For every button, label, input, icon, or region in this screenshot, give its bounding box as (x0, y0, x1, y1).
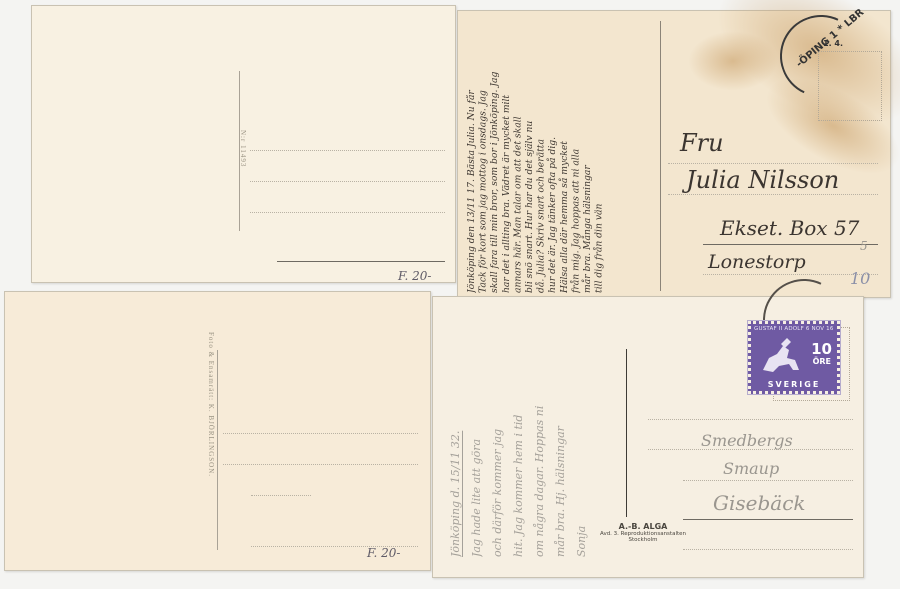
message-line: och därför kommer jag (487, 307, 508, 557)
message-line: Sonja (571, 307, 592, 557)
message-line: Tack för kort som jag mottog i onsdags. … (478, 15, 490, 293)
stamp-value: 10 (811, 340, 832, 358)
message-line: bli snö snart. Hur har du det själv nu (524, 15, 536, 293)
address-line (223, 464, 418, 465)
stamp-unit: ÖRE (813, 357, 831, 366)
recipient-line-2: Smaup (723, 459, 779, 478)
pencil-number: 5 (860, 239, 868, 253)
divider-line (626, 349, 627, 517)
handwritten-message: Jönköping den 13/11 17. Bästa Julia. Nu … (466, 15, 656, 293)
pencil-number: 10 (850, 269, 870, 288)
message-line: hur det är. Jag tänker ofta på dig. (547, 15, 559, 293)
address-line (683, 480, 853, 481)
message-line: om några dagar. Hoppas ni (529, 307, 550, 557)
water-stain (688, 31, 778, 91)
publisher-imprint: A.-B. ALGA Avd. 3. Reproduktionsanstalte… (578, 522, 708, 543)
publisher-city: Stockholm (578, 537, 708, 543)
message-line: mår bra. Hj. hälsningar (550, 307, 571, 557)
card-number: N:r 11493 (239, 130, 247, 167)
divider-line (217, 350, 218, 550)
address-line (703, 244, 878, 245)
stamp-inscription: GUSTAF II ADOLF 6 NOV 1632 (754, 326, 834, 332)
message-line: annars här. Man talar om att det skall (512, 15, 524, 293)
message-line: hit. Jag kommer hem i tid (508, 307, 529, 557)
address-line (648, 419, 853, 420)
message-line: från mig. Jag hoppas att ni alla (570, 15, 582, 293)
address-line (683, 519, 853, 520)
address-line (250, 212, 445, 213)
postcard-top-right: -ÖPING 1 * LBR 1. 4. Jönköping den 13/11… (457, 10, 891, 298)
recipient-address: Ekset. Box 57 (720, 216, 859, 240)
recipient-line-3: Gisebäck (713, 491, 806, 515)
address-line (250, 150, 445, 151)
photographer-credit: Foto & Ensamrätt: K. BJÖRLINGSON. (207, 332, 215, 477)
horse-riders-icon (759, 336, 809, 376)
message-line: till dig från din vän (594, 15, 606, 293)
postage-stamp: GUSTAF II ADOLF 6 NOV 1632 10 ÖRE SVERIG… (748, 321, 840, 394)
message-line: Jag hade lite att göra (466, 307, 487, 557)
recipient-line-1: Smedbergs (701, 431, 793, 450)
address-line (277, 261, 445, 262)
address-line (668, 194, 878, 195)
address-line (250, 181, 445, 182)
message-line: Jönköping den 13/11 17. Bästa Julia. Nu … (466, 15, 478, 293)
address-line (223, 433, 418, 434)
address-line (251, 495, 311, 496)
handwritten-message: Jönköping d. 15/11 32. Jag hade lite att… (445, 307, 615, 557)
recipient-name: Julia Nilsson (686, 166, 839, 194)
address-line (683, 549, 853, 550)
postmark-date: 1. 4. (823, 39, 843, 48)
price-note: F. 20- (398, 269, 431, 283)
price-note: F. 20- (367, 546, 400, 560)
message-dateline: Jönköping d. 15/11 32. (445, 307, 466, 557)
postcard-bottom-right: GUSTAF II ADOLF 6 NOV 1632 10 ÖRE SVERIG… (432, 296, 864, 578)
recipient-salutation: Fru (680, 129, 724, 157)
message-line: har det i allting bra. Vädret är mycket … (501, 15, 513, 293)
postcard-top-left: N:r 11493 F. 20- (31, 5, 456, 283)
message-line: då. Julia? Skriv snart och berätta (536, 15, 548, 293)
message-line: skall fara till min bror, som bor i Jönk… (489, 15, 501, 293)
message-line: Hälsa alla där hemma så mycket (559, 15, 571, 293)
address-line (668, 163, 878, 164)
recipient-town: Lonestorp (708, 251, 806, 273)
message-line: mår bra. Många hälsningar (582, 15, 594, 293)
divider-line (660, 21, 661, 291)
stamp-country: SVERIGE (751, 380, 837, 389)
publisher-name: A.-B. ALGA (578, 522, 708, 531)
postcard-bottom-left: Foto & Ensamrätt: K. BJÖRLINGSON. F. 20- (4, 291, 431, 571)
